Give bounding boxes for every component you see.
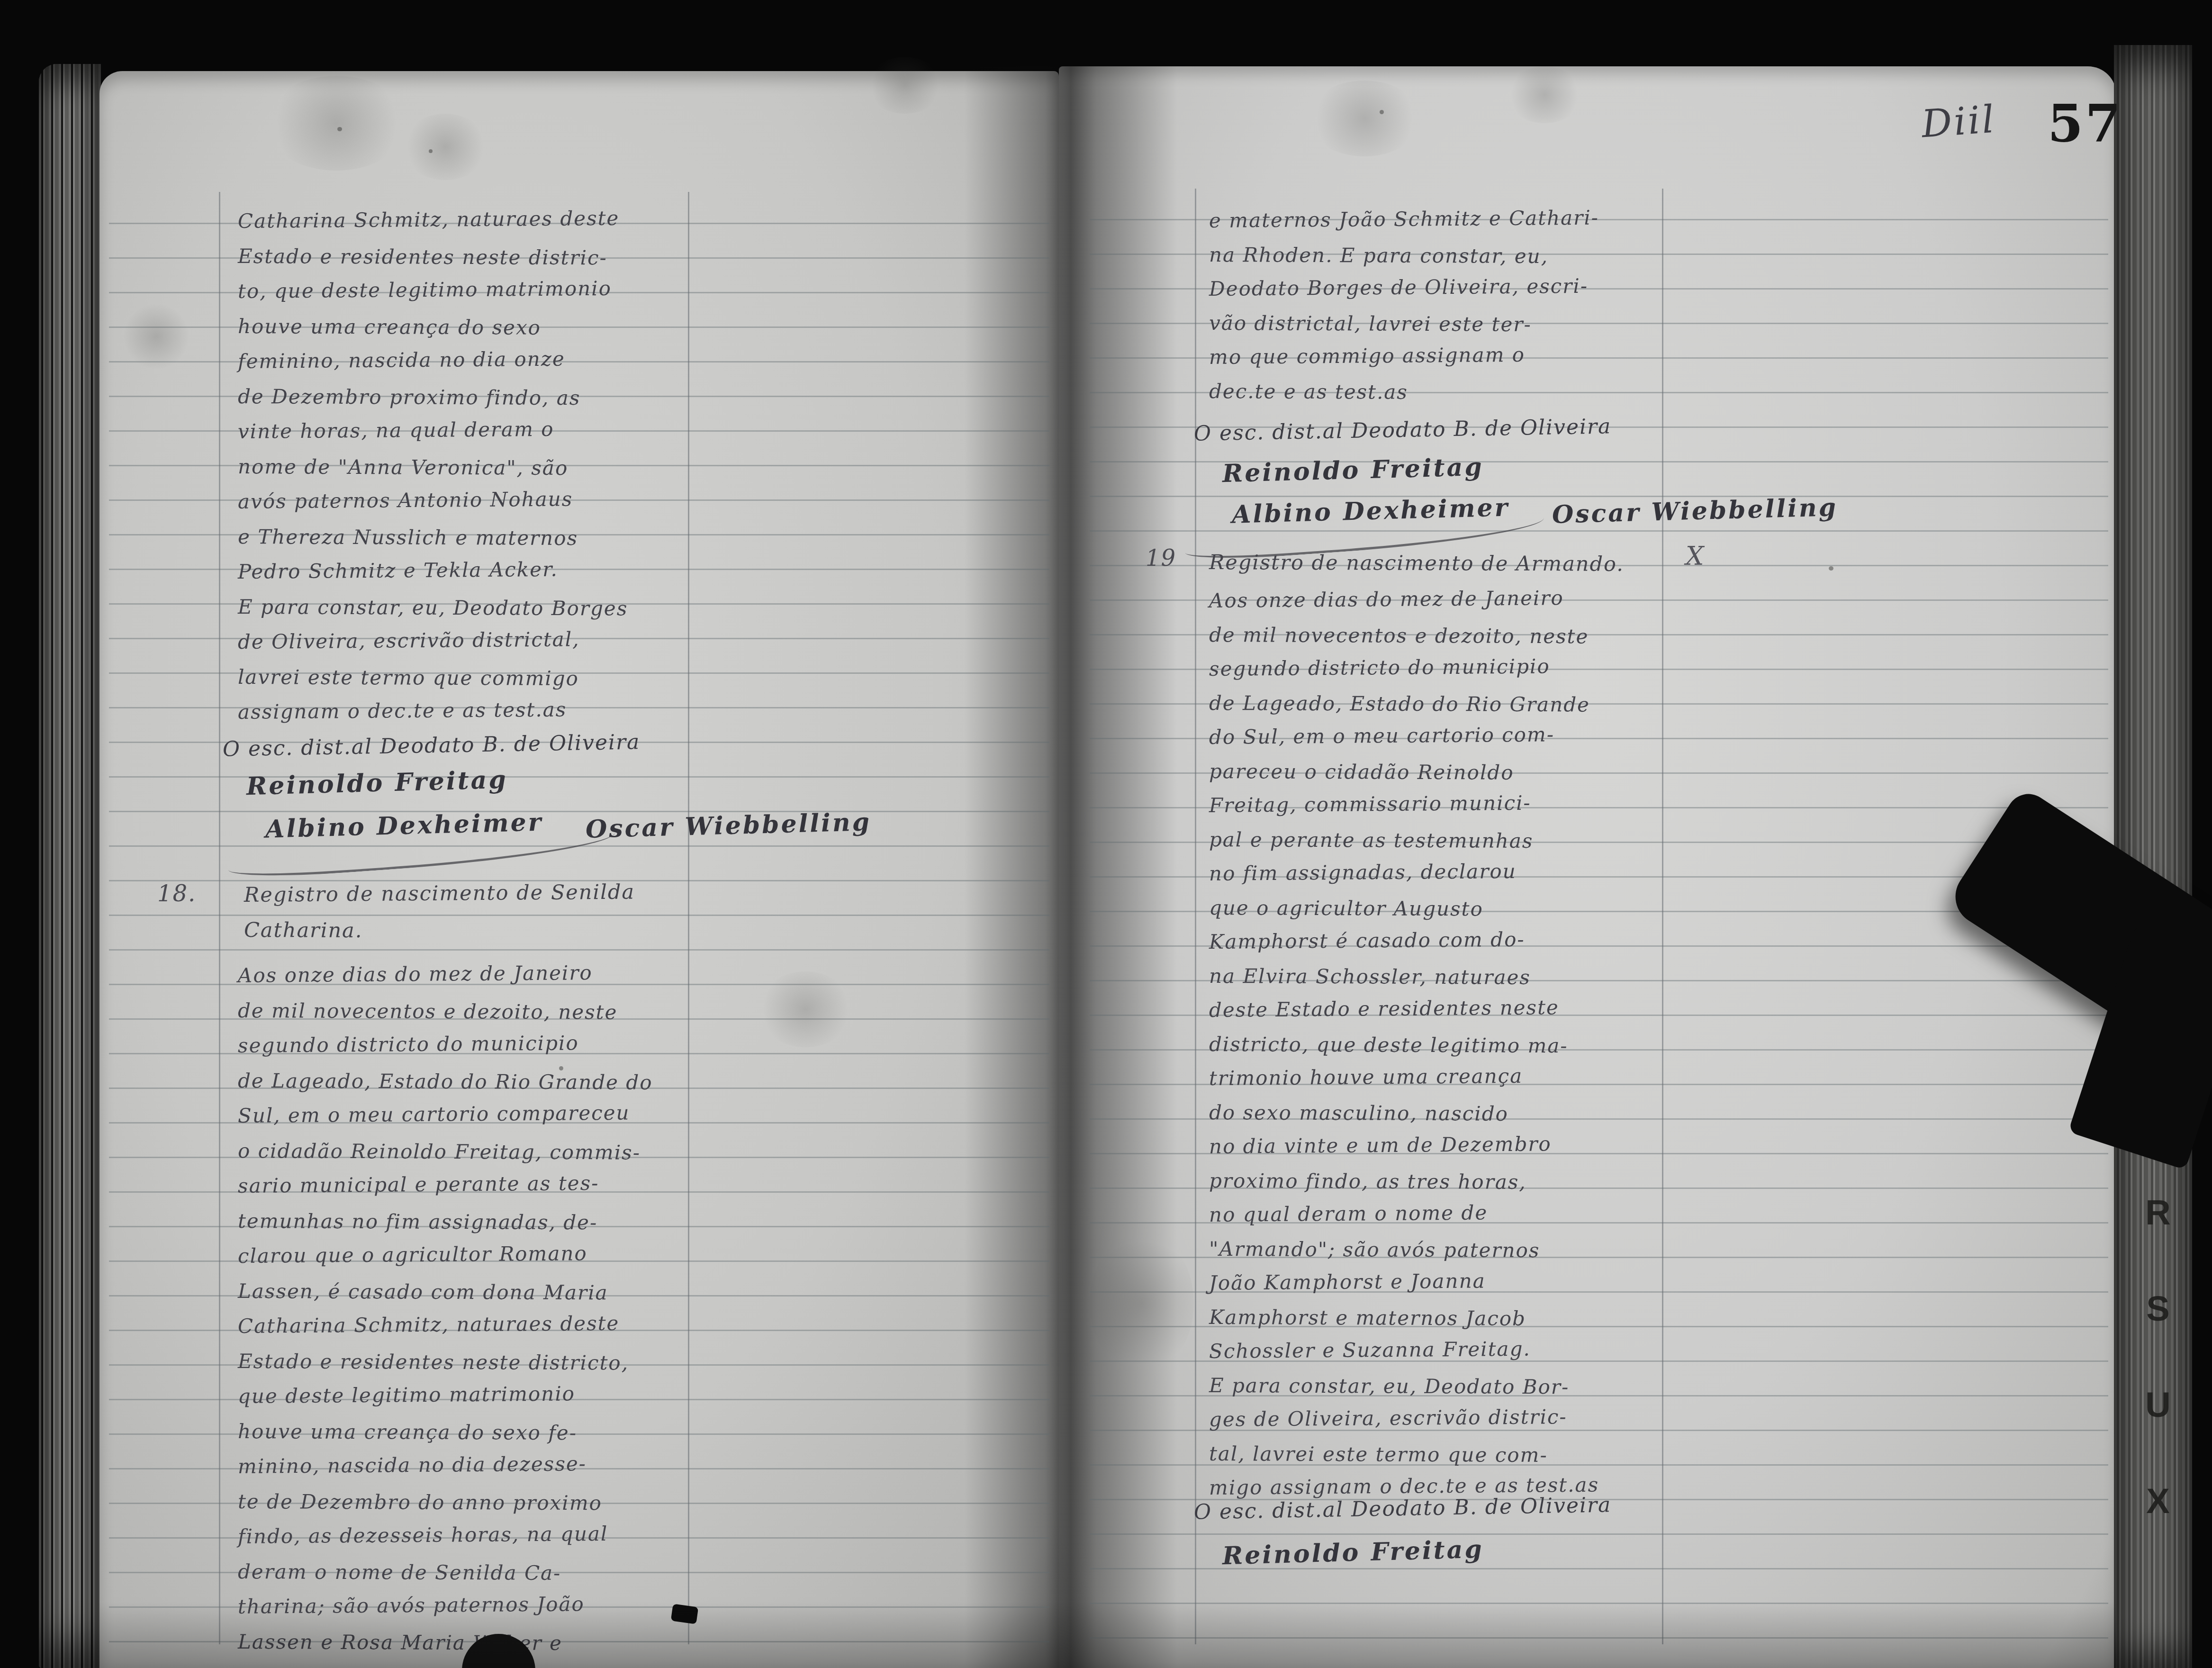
- handwritten-line: temunhas no fim assignadas, de-: [238, 1204, 653, 1241]
- entry-17-continuation: Catharina Schmitz, naturaes desteEstado …: [238, 204, 628, 730]
- registry-book-scan: Diil 57 Catharina Schmitz, naturaes dest…: [0, 0, 2212, 1668]
- handwritten-line: Deodato Borges de Oliveira, escri-: [1209, 269, 1599, 306]
- handwritten-line: na Elvira Schossler, naturaes: [1209, 959, 1599, 995]
- handwritten-line: do Sul, em o meu cartorio com-: [1209, 717, 1599, 754]
- handwritten-line: que deste legitimo matrimonio: [238, 1376, 653, 1414]
- handwritten-line: tal, lavrei este termo que com-: [1209, 1437, 1599, 1473]
- handwritten-line: to, que deste legitimo matrimonio: [238, 271, 628, 309]
- handwritten-line: minino, nascida no dia dezesse-: [238, 1446, 653, 1484]
- handwritten-annotation: Diil: [1920, 97, 1997, 146]
- spine-letter: R: [2145, 1192, 2170, 1233]
- handwritten-line: que o agricultor Augusto: [1209, 891, 1599, 927]
- right-page-margin-rule: [1195, 189, 1196, 1644]
- handwritten-line: houve uma creança do sexo: [238, 309, 628, 346]
- handwritten-line: vinte horas, na qual deram o: [238, 411, 628, 449]
- handwritten-line: Estado e residentes neste distric-: [238, 239, 628, 276]
- handwritten-line: dec.te e as test.as: [1209, 374, 1599, 410]
- handwritten-line: de Oliveira, escrivão districtal,: [238, 622, 628, 660]
- handwritten-line: ges de Oliveira, escrivão distric-: [1209, 1400, 1599, 1437]
- handwritten-line: de mil novecentos e dezoito, neste: [238, 993, 653, 1030]
- entry-19-number: 19: [1146, 545, 1176, 571]
- right-page-text-edge-rule: [1662, 189, 1663, 1644]
- handwritten-line: segundo districto do municipio: [238, 1025, 653, 1063]
- paper-speck: [429, 149, 433, 153]
- spine-letter: X: [2146, 1481, 2169, 1521]
- handwritten-line: Estado e residentes neste districto,: [238, 1344, 653, 1381]
- witness-signature: Oscar Wiebbelling: [585, 807, 871, 844]
- handwritten-line: de Dezembro proximo findo, as: [238, 379, 628, 416]
- handwritten-line: vão districtal, lavrei este ter-: [1209, 306, 1599, 342]
- handwritten-line: e maternos João Schmitz e Cathari-: [1209, 201, 1599, 238]
- handwritten-line: "Armando"; são avós paternos: [1209, 1232, 1599, 1268]
- handwritten-line: districto, que deste legitimo ma-: [1209, 1027, 1599, 1063]
- handwritten-line: findo, as dezesseis horas, na qual: [238, 1516, 653, 1554]
- paper-stain: [403, 114, 488, 180]
- handwritten-line: proximo findo, as tres horas,: [1209, 1164, 1599, 1200]
- handwritten-line: mo que commigo assignam o: [1209, 337, 1599, 374]
- paper-speck: [1829, 566, 1833, 571]
- handwritten-line: lavrei este termo que commigo: [238, 660, 628, 697]
- paper-stain: [867, 57, 943, 114]
- page-bottom-shadow: [99, 1602, 2116, 1668]
- handwritten-line: Aos onze dias do mez de Janeiro: [238, 955, 653, 993]
- handwritten-line: Catharina Schmitz, naturaes deste: [238, 1305, 653, 1344]
- handwritten-line: no dia vinte e um de Dezembro: [1209, 1127, 1599, 1164]
- entry-18-title: Registro de nascimento de SenildaCathari…: [244, 878, 635, 948]
- paper-stain: [265, 76, 407, 171]
- spine-letter: U: [2145, 1385, 2170, 1425]
- entry-title-line: Catharina.: [244, 913, 635, 950]
- handwritten-line: Kamphorst é casado com do-: [1209, 922, 1599, 959]
- paper-stain: [1308, 81, 1421, 156]
- handwritten-line: avós paternos Antonio Nohaus: [238, 481, 628, 519]
- handwritten-line: João Kamphorst e Joanna: [1209, 1263, 1599, 1300]
- handwritten-line: E para constar, eu, Deodato Bor-: [1209, 1369, 1599, 1405]
- handwritten-line: sario municipal e perante as tes-: [238, 1165, 653, 1204]
- entry-title-line: Registro de nascimento de Senilda: [244, 875, 635, 913]
- handwritten-line: deste Estado e residentes neste: [1209, 990, 1599, 1027]
- paper-speck: [559, 1066, 563, 1070]
- spine-letter: S: [2146, 1288, 2169, 1329]
- entry-19-body: Aos onze dias do mez de Janeirode mil no…: [1209, 584, 1599, 1505]
- handwritten-line: houve uma creança do sexo fe-: [238, 1414, 653, 1451]
- entry-18-body: Aos onze dias do mez de Janeirode mil no…: [238, 958, 653, 1659]
- handwritten-line: clarou que o agricultor Romano: [238, 1235, 653, 1274]
- entry-19-margin-mark: X: [1686, 541, 1704, 571]
- handwritten-line: na Rhoden. E para constar, eu,: [1209, 238, 1599, 274]
- handwritten-line: pal e perante as testemunhas: [1209, 823, 1599, 859]
- handwritten-line: Schossler e Suzanna Freitag.: [1209, 1332, 1599, 1369]
- left-page-stack-edge: [39, 64, 101, 1668]
- handwritten-line: de Lageado, Estado do Rio Grande: [1209, 686, 1599, 722]
- handwritten-line: Catharina Schmitz, naturaes deste: [238, 201, 628, 239]
- paper-stain: [123, 303, 190, 370]
- handwritten-line: nome de "Anna Veronica", são: [238, 449, 628, 486]
- handwritten-line: pareceu o cidadão Reinoldo: [1209, 754, 1599, 790]
- paper-stain: [758, 971, 853, 1047]
- handwritten-line: do sexo masculino, nascido: [1209, 1096, 1599, 1132]
- handwritten-line: no fim assignadas, declarou: [1209, 854, 1599, 891]
- entry-19-title: Registro de nascimento de Armando.: [1209, 545, 1624, 582]
- entry-18-number: 18.: [157, 880, 196, 907]
- page-number: 57: [2048, 94, 2122, 154]
- handwritten-line: assignam o dec.te e as test.as: [238, 692, 628, 730]
- handwritten-line: Pedro Schmitz e Tekla Acker.: [238, 552, 628, 589]
- handwritten-line: o cidadão Reinoldo Freitag, commis-: [238, 1133, 653, 1170]
- handwritten-line: de Lageado, Estado do Rio Grande do: [238, 1063, 653, 1100]
- left-page-margin-rule: [219, 192, 220, 1644]
- handwritten-line: E para constar, eu, Deodato Borges: [238, 589, 628, 626]
- handwritten-line: te de Dezembro do anno proximo: [238, 1484, 653, 1521]
- witness-signature: Oscar Wiebbelling: [1552, 493, 1838, 529]
- left-page-text-edge-rule: [688, 192, 689, 1644]
- entry-18-continuation: e maternos João Schmitz e Cathari-na Rho…: [1209, 204, 1599, 408]
- handwritten-line: deram o nome de Senilda Ca-: [238, 1554, 653, 1591]
- handwritten-line: trimonio houve uma creança: [1209, 1059, 1599, 1096]
- paper-stain: [1090, 1232, 1194, 1374]
- handwritten-line: segundo districto do municipio: [1209, 649, 1599, 686]
- handwritten-line: Freitag, commissario munici-: [1209, 786, 1599, 823]
- handwritten-line: de mil novecentos e dezoito, neste: [1209, 618, 1599, 654]
- handwritten-line: Lassen, é casado com dona Maria: [238, 1274, 653, 1311]
- handwritten-line: feminino, nascida no dia onze: [238, 341, 628, 379]
- handwritten-line: Aos onze dias do mez de Janeiro: [1209, 581, 1599, 618]
- paper-speck: [337, 127, 342, 131]
- handwritten-line: Kamphorst e maternos Jacob: [1209, 1300, 1599, 1336]
- handwritten-line: no qual deram o nome de: [1209, 1195, 1599, 1232]
- paper-stain: [1507, 66, 1582, 123]
- paper-speck: [1380, 110, 1384, 114]
- handwritten-line: Sul, em o meu cartorio compareceu: [238, 1095, 653, 1133]
- handwritten-line: e Thereza Nusslich e maternos: [238, 519, 628, 556]
